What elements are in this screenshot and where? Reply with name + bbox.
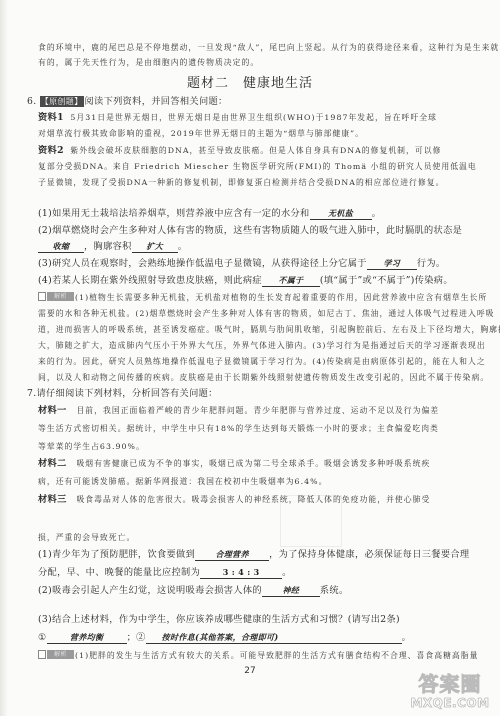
q7-material-3-line-2: 损，严重的会导致死亡。 [38,532,135,544]
material-text: 吸食毒品对人体的危害很大。吸毒会损害人的神经系统，降低人体的免疫功能，并使心肺受 [76,495,430,504]
sub-question-text: 。 [402,632,412,643]
sub-question-text: 分配，早、中、晚餐的能量比应控制为 [38,567,200,578]
q6-analysis-line-4: 大，肺随之扩大，造成肺内气压小于外界大气压，外界气体进入肺内。(3)学习行为是指… [38,340,486,352]
q7-sub-2: (2)吸毒会引起人产生幻觉，这说明吸毒会损害人体的神经系统。 [38,585,349,597]
q6-analysis-line-3: 道，进而损害人的呼吸系统，甚至诱发癌症。吸气时，膈肌与肋间肌收缩，引起胸腔前后、… [38,324,500,336]
analysis-badge: 解析 [38,292,74,301]
material-1-line-2: 对烟草流行极其致命影响的重视，2019年世界无烟日的主题为“烟草与肺部健康”。 [38,128,364,140]
question-prompt: 请仔细阅读下列材料，分析回答有关问题： [36,388,217,399]
material-2-line-1: 资料2 紫外线会破坏皮肤细胞的DNA，甚至导致皮肤癌。但是人体自身具有DNA的修… [38,145,441,157]
question-6-header: 6. 【原创题】阅读下列资料，并回答相关问题： [27,96,228,108]
sub-question-text: (2)吸毒会引起人产生幻觉，这说明吸毒会损害人体的 [38,585,262,596]
analysis-text: (1)肥胖的发生与生活方式有较大的关系。可能导致肥胖的生活方式有膳食结构不合理、… [75,651,478,660]
question-number: 6. [27,96,36,107]
sub-question-text: 。 [372,208,382,219]
q6-sub-2-line-1: (2)烟草燃烧时会产生多种对人体有害的物质，这些有害物质随人的吸气进入肺中，此时… [38,225,462,237]
analysis-icon [38,650,46,659]
material-text: 吸烟有害健康已成为不争的事实，吸烟已成为第二号全球杀手。吸烟会诱发多种呼吸系统疾 [76,459,430,468]
sub-question-text: ，为了保持身体健康，必须保证每日三餐要合理 [269,549,469,560]
sub-question-text: (3)研究人员在观察时，会熟练地操作低温电子显微镜，从获得途径上分它属于 [38,258,367,269]
analysis-label: 解析 [47,292,74,301]
sub-question-text: 。 [282,567,292,578]
intro-analysis-line-1: 食的环境中，鹿的尾巴总是不停地摆动，一旦发现“敌人”，尾巴向上竖起。从行为的获得… [38,42,499,54]
answer-marker: ；② [127,632,146,643]
q7-sub-3-prompt: (3)结合上述材料，作为中学生，你应该养成哪些健康的生活方式和习惯？(请写出2条… [38,614,400,626]
original-question-badge: 【原创题】 [40,96,84,107]
q7-material-1-line-2: 等生活方式密切相关。据统计，中学生中只有18%的学生达到每天锻炼一小时的要求；主… [38,423,439,435]
sub-question-text: 。 [178,241,188,252]
answer-marker: ① [38,632,47,643]
material-2-line-3: 子显微镜，发现了受损DNA一种新的修复机制，即修复蛋白检测并结合受损DNA的相应… [38,177,444,189]
material-text: 5月31日是世界无烟日，世界无烟日是由世界卫生组织(WHO)于1987年发起，旨… [70,113,437,122]
analysis-icon [38,292,46,301]
q6-analysis-line-2: 需要的水和各种无机盐。(2)烟草燃烧时会产生多种对人体有害的物质，如尼古丁、焦油… [38,308,495,320]
material-text: 紫外线会破坏皮肤细胞的DNA，甚至导致皮肤癌。但是人体自身具有DNA的修复机制，… [70,146,441,155]
q6-sub-3: (3)研究人员在观察时，会熟练地操作低温电子显微镜，从获得途径上分它属于学习行为… [38,258,445,270]
q7-sub-3-answers: ①营养均衡；②按时作息(其他答案，合理即可)。 [38,632,411,644]
q6-sub-4: (4)若某人长期在紫外线照射导致患皮肤癌，则此病症不属于(填“属于”或“不属于”… [38,275,453,287]
answer-blank: 扩大 [132,241,178,253]
q7-material-1-line-3: 等荤菜的学生占63.90%。 [38,441,145,453]
answer-blank: 合理营养 [195,549,269,561]
question-7-header: 7.请仔细阅读下列材料，分析回答有关问题： [27,388,218,400]
question-prompt: 阅读下列资料，并回答相关问题： [85,96,228,107]
sub-question-text: (4)若某人长期在紫外线照射导致患皮肤癌，则此病症 [38,275,262,286]
section-title-name: 健康地生活 [243,76,313,91]
answer-blank: 3 : 4 : 3 [200,567,282,579]
answer-blank: 收缩 [38,241,84,253]
q6-analysis-line-5: 来的行为。因此，研究人员熟练地操作低温电子显微镜属于学习行为。(4)传染病是由病… [38,356,486,368]
watermark-logo-text: 答案圈 [404,672,496,696]
sub-question-text: (1)如果用无土栽培法培养烟草，则营养液中应含有一定的水分和 [38,208,310,219]
analysis-badge: 解析 [38,650,74,659]
textbook-page: 食的环境中，鹿的尾巴总是不停地摆动，一旦发现“敌人”，尾巴向上竖起。从行为的获得… [0,0,500,716]
q7-material-3-line-1: 材料三 吸食毒品对人体的危害很大。吸毒会损害人的神经系统，降低人体的免疫功能，并… [38,494,430,506]
q6-analysis-line-6: 间，以及人和动物之间传播的疾病。皮肤癌是由于长期紫外线照射使遗传物质发生改变引起… [38,372,489,384]
material-label: 资料2 [38,145,64,156]
page-edge-shadow [0,0,8,716]
q7-sub-1-line-2: 分配，早、中、晚餐的能量比应控制为3 : 4 : 3。 [38,567,292,579]
q6-analysis-line-1: 解析(1)植物生长需要多种无机盐，无机盐对植物的生长发育起着重要的作用，因此营养… [38,292,487,304]
answer-blank: 不属于 [262,275,320,287]
intro-analysis-line-2: 有的，属于先天性行为，是由细胞内的遗传物质决定的。 [38,57,259,69]
analysis-text: (1)植物生长需要多种无机盐，无机盐对植物的生长发育起着重要的作用，因此营养液中… [75,293,487,302]
answer-blank: 神经 [262,585,320,597]
sub-question-text: 行为。 [417,258,446,269]
q7-sub-1-line-1: (1)青少年为了预防肥胖，饮食要做到合理营养，为了保持身体健康，必须保证每日三餐… [38,549,469,561]
q6-sub-1: (1)如果用无土栽培法培养烟草，则营养液中应含有一定的水分和无机盐。 [38,208,381,220]
answer-blank: 学习 [367,258,417,270]
material-2-line-2: 复部分受损DNA。来自 Friedrich Miescher 生物医学研究所(F… [38,161,477,173]
answer-blank: 按时作息(其他答案，合理即可) [146,632,402,644]
q7-material-2-line-1: 材料二 吸烟有害健康已成为不争的事实，吸烟已成为第二号全球杀手。吸烟会诱发多种呼… [38,458,430,470]
answer-blank: 营养均衡 [47,632,127,644]
sub-question-text: ，胸廓容积 [84,241,132,252]
sub-question-text: (1)青少年为了预防肥胖，饮食要做到 [38,549,195,560]
watermark-url: MXQE.COM [404,696,496,710]
site-watermark: 答案圈 MXQE.COM [404,672,496,716]
answer-blank: 无机盐 [310,208,372,220]
sub-question-text: (填“属于”或“不属于”)传染病。 [320,275,453,286]
material-label: 材料二 [38,458,67,469]
sub-question-text: 系统。 [320,585,349,596]
material-text: 目前，我国正面临着严峻的青少年肥胖问题。青少年肥胖与营养过度、运动不足以及行为偏… [76,406,439,415]
material-label: 资料1 [38,112,64,123]
material-1-line-1: 资料1 5月31日是世界无烟日，世界无烟日是由世界卫生组织(WHO)于1987年… [38,112,437,124]
section-title: 题材二健康地生活 [0,72,500,91]
material-label: 材料三 [38,494,67,505]
section-title-part: 题材二 [187,76,229,91]
analysis-label: 解析 [47,650,74,659]
material-label: 材料一 [38,405,67,416]
q6-sub-2-line-2: 收缩，胸廓容积扩大。 [38,241,187,253]
q7-material-2-line-2: 病，还有可能诱发肺癌。据新华网报道：我国在校初中生吸烟率为6.4%。 [38,476,327,488]
q7-analysis-line-1: 解析(1)肥胖的发生与生活方式有较大的关系。可能导致肥胖的生活方式有膳食结构不合… [38,650,478,662]
q7-material-1-line-1: 材料一 目前，我国正面临着严峻的青少年肥胖问题。青少年肥胖与营养过度、运动不足以… [38,405,439,417]
